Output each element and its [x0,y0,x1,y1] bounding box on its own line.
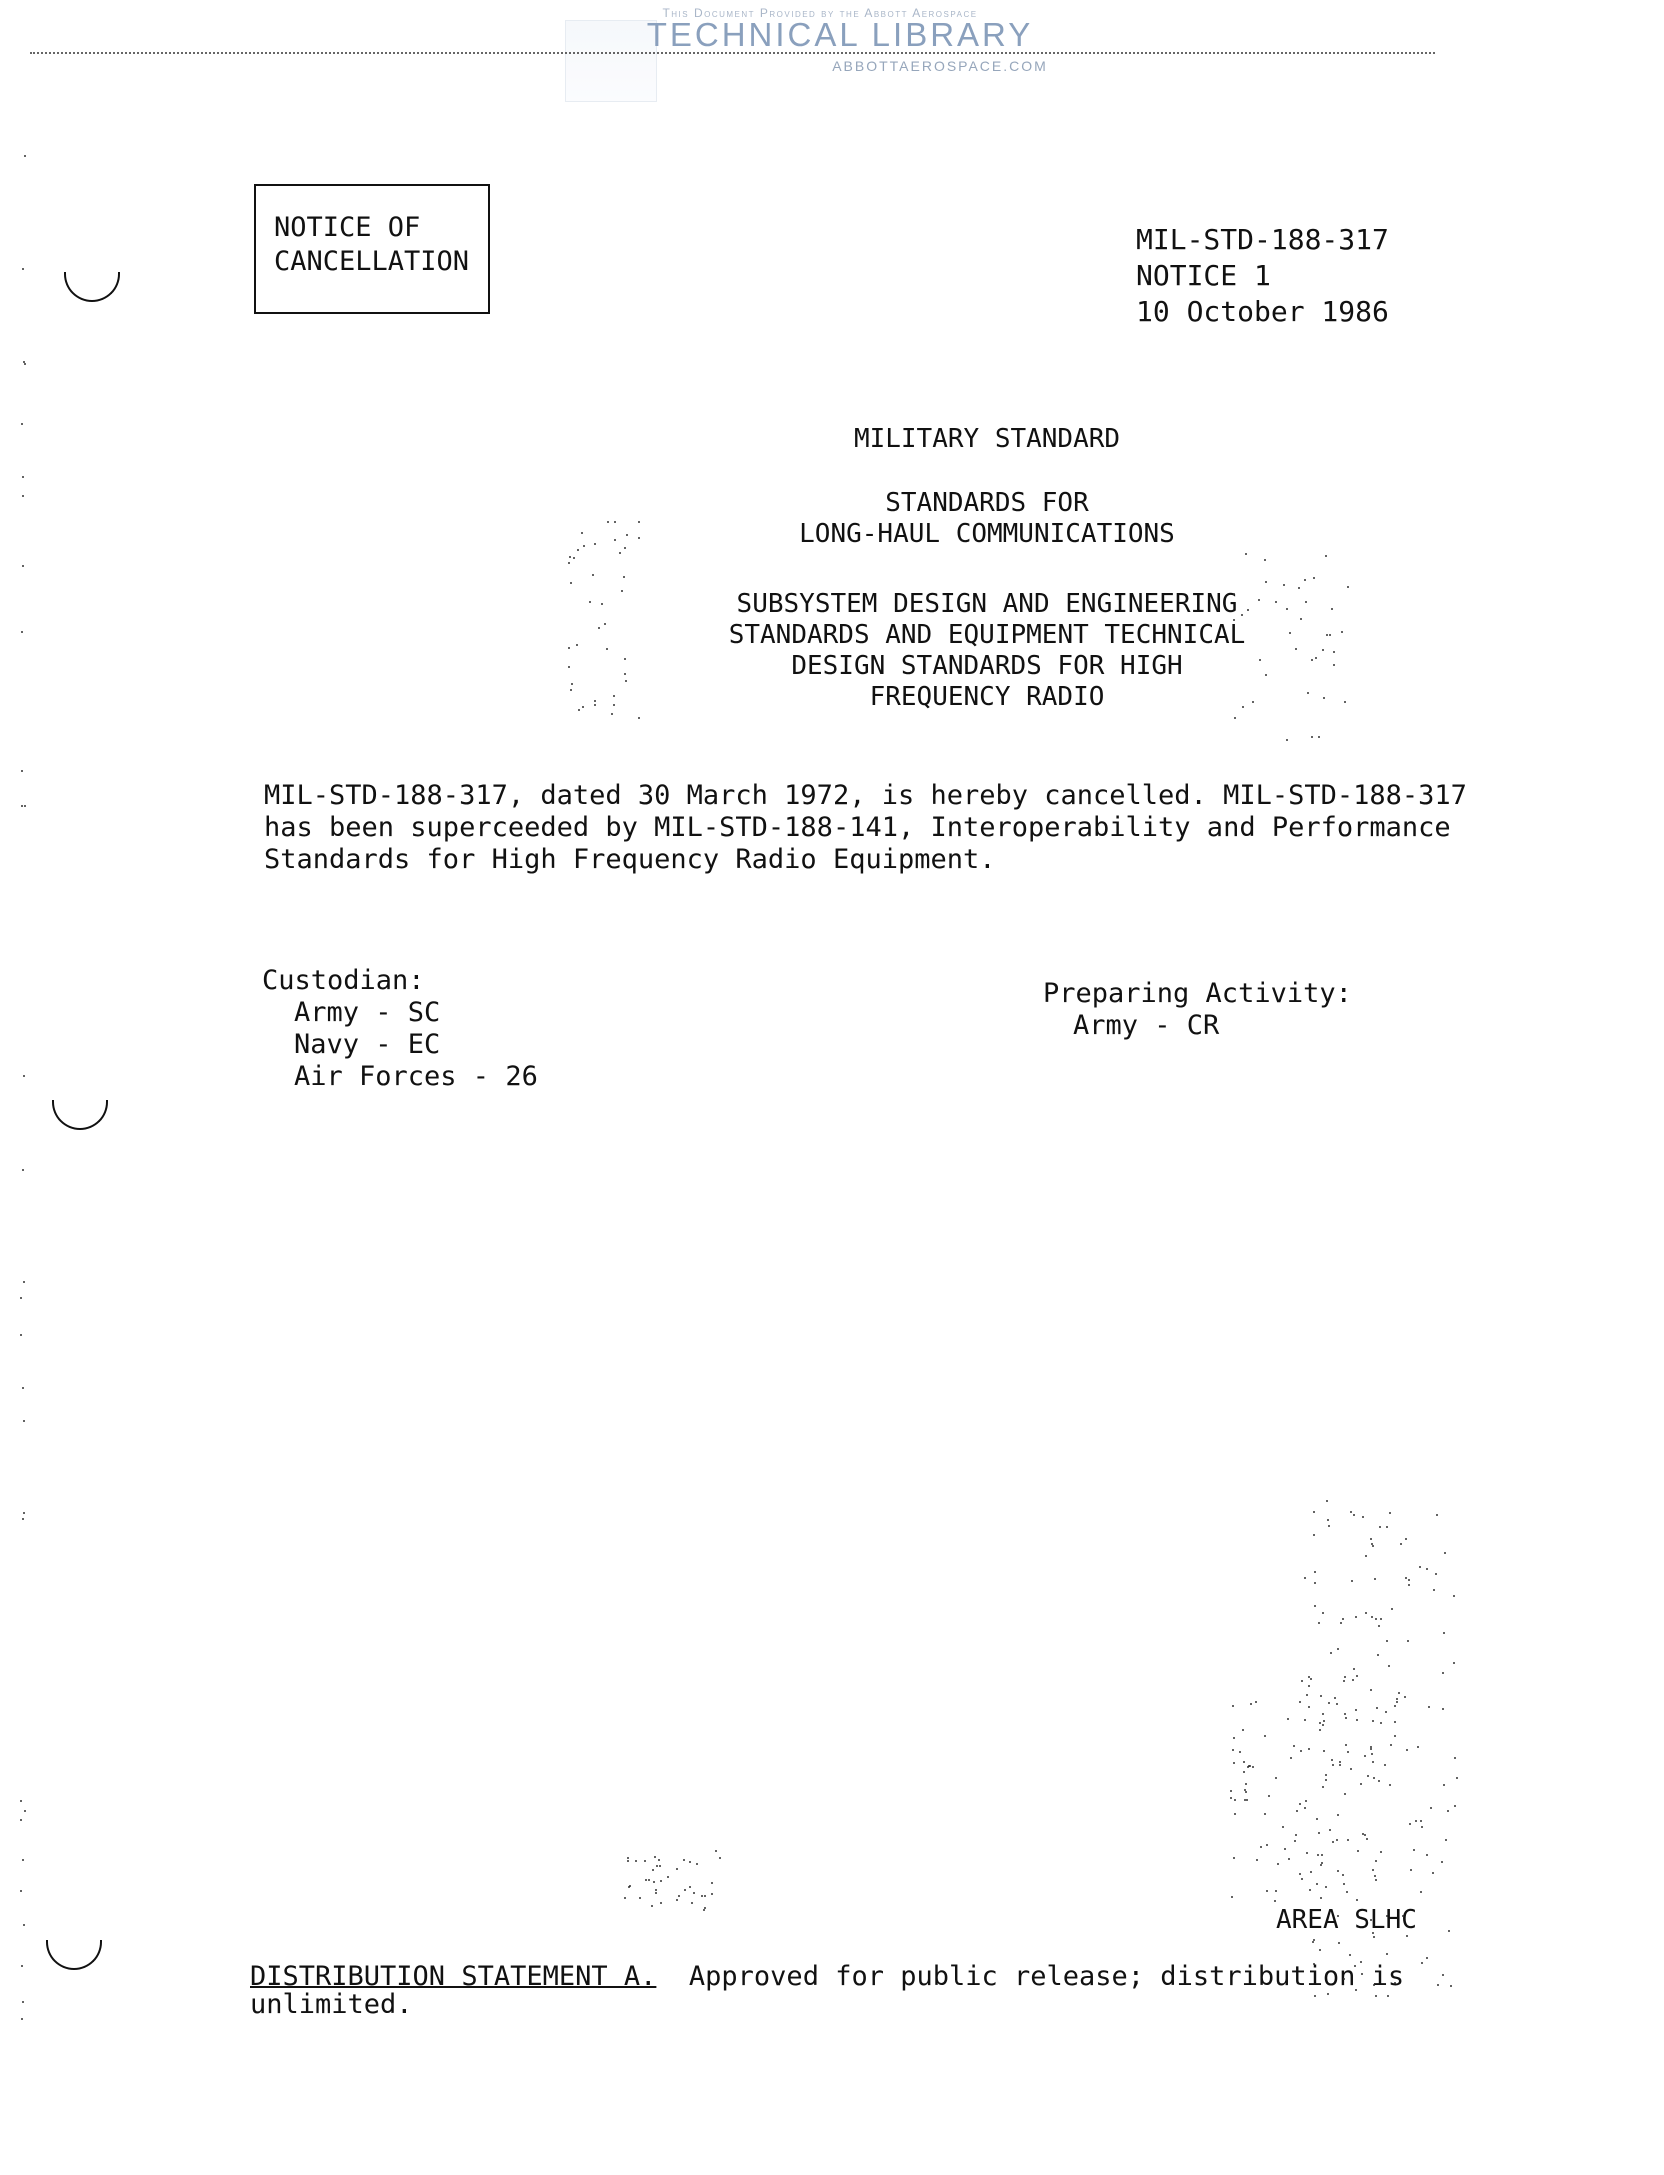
scan-speck [1444,1552,1446,1554]
scan-speck [639,1897,641,1899]
scan-speck [689,1861,691,1863]
scan-speck [655,1892,657,1894]
scan-speck [24,155,26,157]
scan-speck [23,1420,25,1422]
binder-hole-icon [46,1940,102,1970]
scan-speck [569,556,571,558]
doc-number: MIL-STD-188-317 [1136,222,1389,258]
scan-speck [1389,1512,1391,1514]
document-reference: MIL-STD-188-317 NOTICE 1 10 October 1986 [1136,222,1389,330]
scan-speck [667,1876,669,1878]
scan-speck [1435,1573,1437,1575]
scan-speck [1244,1799,1246,1801]
scan-speck [1277,1863,1279,1865]
scan-speck [1408,1584,1410,1586]
scan-speck [1339,1761,1341,1763]
scan-speck [1339,1764,1341,1766]
scan-speck [581,532,583,534]
scan-speck [1282,1826,1284,1828]
scan-speck [1400,1543,1402,1545]
scan-speck [20,1890,22,1892]
preparing-activity-block: Preparing Activity: Army - CR [1043,978,1352,1042]
scan-speck [1308,1748,1310,1750]
scan-speck [1371,1616,1373,1618]
scan-speck [1433,1589,1435,1591]
scan-speck [573,557,575,559]
scan-speck [1243,1761,1245,1763]
scan-speck [660,1902,662,1904]
scan-speck [638,537,640,539]
custodian-item: Air Forces - 26 [262,1061,538,1093]
scan-speck [1245,1791,1247,1793]
scan-speck [701,1895,703,1897]
scan-speck [1313,1511,1315,1513]
scan-speck [1325,1779,1327,1781]
scan-speck [1453,1662,1455,1664]
scan-speck [1326,634,1328,636]
scan-speck [594,543,596,545]
scan-speck [1300,1750,1302,1752]
scan-speck [1367,1775,1369,1777]
scan-speck [611,713,613,715]
scan-speck [1337,1870,1339,1872]
scan-speck [1398,1692,1400,1694]
scan-speck [1373,1936,1375,1938]
document-heading: MILITARY STANDARD [155,424,1664,455]
scan-speck [1426,1568,1428,1570]
scan-speck [1445,1839,1447,1841]
document-description: SUBSYSTEM DESIGN AND ENGINEERING STANDAR… [155,589,1664,713]
scan-speck [1356,1675,1358,1677]
scan-speck [1342,1874,1344,1876]
scan-speck [1275,1890,1277,1892]
scan-speck [1443,1632,1445,1634]
scan-speck [1320,1695,1322,1697]
scan-speck [24,363,26,365]
scan-speck [1326,1500,1328,1502]
scan-speck [1347,586,1349,588]
scan-speck [1372,1761,1374,1763]
scan-speck [1243,1771,1245,1773]
scan-speck [22,268,24,270]
scan-speck [1306,1694,1308,1696]
scan-speck [1329,1829,1331,1831]
scan-speck [22,476,24,478]
scan-speck [1246,1799,1248,1801]
scan-speck [1231,1896,1233,1898]
scan-speck [1311,659,1313,661]
scan-speck [24,805,26,807]
scan-speck [1415,1820,1417,1822]
scan-speck [1337,1648,1339,1650]
scan-speck [1299,1803,1301,1805]
scan-speck [1454,1757,1456,1759]
scan-speck [1351,1580,1353,1582]
scan-speck [1375,1879,1377,1881]
scan-speck [719,1857,721,1859]
scan-speck [693,1892,695,1894]
scan-speck [1232,1705,1234,1707]
scan-speck [601,603,603,605]
scan-speck [635,1860,637,1862]
scan-speck [1353,1668,1355,1670]
scan-speck [1239,1751,1241,1753]
scan-speck [1315,657,1317,659]
scan-speck [1380,1618,1382,1620]
scan-speck [623,576,625,578]
scan-speck [1233,593,1235,595]
scan-speck [684,1889,686,1891]
scan-speck [1375,1618,1377,1620]
scan-speck [1230,1797,1232,1799]
scan-speck [624,673,626,675]
scan-speck [21,1965,23,1967]
scan-speck [1380,1851,1382,1853]
scan-speck [1250,1703,1252,1705]
scan-speck [1233,1762,1235,1764]
scan-speck [1314,1605,1316,1607]
scan-speck [568,562,570,564]
scan-speck [651,1905,653,1907]
scan-speck [1349,1954,1351,1956]
scan-speck [598,627,600,629]
scan-speck [1371,1753,1373,1755]
scan-speck [1313,1534,1315,1536]
scan-speck [1443,1784,1445,1786]
scan-speck [1310,1678,1312,1680]
scan-speck [1336,1839,1338,1841]
scan-speck [20,1334,22,1336]
scan-speck [1314,1571,1316,1573]
scan-speck [660,1880,662,1882]
scan-speck [1421,1962,1423,1964]
custodian-item: Navy - EC [262,1029,538,1061]
scan-speck [1234,1813,1236,1815]
scan-speck [1344,1793,1346,1795]
distribution-text-cont: unlimited. [250,1991,1460,2019]
scan-speck [1264,1813,1266,1815]
scan-speck [570,582,572,584]
scan-speck [652,1869,654,1871]
scan-speck [1377,1654,1379,1656]
scan-speck [1378,1625,1380,1627]
scan-speck [1268,1795,1270,1797]
scan-speck [1316,1883,1318,1885]
scan-speck [1313,577,1315,579]
scan-speck [1242,1729,1244,1731]
scan-speck [624,1897,626,1899]
scan-speck [1356,1899,1358,1901]
scan-speck [1266,1844,1268,1846]
scan-speck [589,601,591,603]
scan-speck [1384,1764,1386,1766]
scan-speck [1233,619,1235,621]
scan-speck [1347,1839,1349,1841]
scan-speck [21,770,23,772]
scan-speck [1340,1622,1342,1624]
scan-speck [1386,1526,1388,1528]
scan-speck [1390,1744,1392,1746]
scan-speck [1245,553,1247,555]
scan-speck [1322,1713,1324,1715]
scan-speck [626,534,628,536]
scan-speck [1322,1612,1324,1614]
scan-speck [1453,1595,1455,1597]
preparing-activity-item: Army - CR [1043,1010,1352,1042]
scan-speck [1320,1864,1322,1866]
scan-speck [1318,1832,1320,1834]
scan-speck [1255,1701,1257,1703]
scan-speck [1295,1834,1297,1836]
scan-speck [1370,1538,1372,1540]
scan-speck [20,1819,22,1821]
distribution-statement: DISTRIBUTION STATEMENT A. Approved for p… [250,1963,1460,2019]
scan-speck [1454,1805,1456,1807]
scan-speck [1372,1720,1374,1722]
scan-speck [1389,1784,1391,1786]
scan-speck [1298,587,1300,589]
scan-speck [1447,1810,1449,1812]
scan-speck [1337,1814,1339,1816]
scan-speck [1417,1746,1419,1748]
scan-speck [1406,1749,1408,1751]
distribution-label: DISTRIBUTION STATEMENT A. [250,1961,656,1992]
scan-speck [1394,1721,1396,1723]
scan-speck [1345,1717,1347,1719]
scan-speck [1305,601,1307,603]
scan-speck [1355,1616,1357,1618]
scan-speck [1242,706,1244,708]
scan-speck [1336,1703,1338,1705]
scan-speck [20,1297,22,1299]
scan-speck [1325,1774,1327,1776]
scan-speck [1325,555,1327,557]
binder-hole-icon [64,272,120,302]
scan-speck [1378,1780,1380,1782]
scan-speck [1322,1724,1324,1726]
scan-speck [1366,1838,1368,1840]
scan-speck [1294,1840,1296,1842]
scan-speck [1373,1777,1375,1779]
scan-speck [1323,1750,1325,1752]
scan-speck [715,1850,717,1852]
custodian-label: Custodian: [262,965,538,997]
scan-speck [1313,1963,1315,1965]
scan-speck [1406,1935,1408,1937]
scan-speck [1345,1744,1347,1746]
scan-speck [1372,1869,1374,1871]
scan-speck [653,1881,655,1883]
notice-of-cancellation-box: NOTICE OF CANCELLATION [254,184,490,314]
scan-speck [1325,1886,1327,1888]
scan-speck [1343,1680,1345,1682]
scan-speck [1293,1745,1295,1747]
scan-speck [1432,1872,1434,1874]
scan-speck [1289,632,1291,634]
scan-speck [696,1863,698,1865]
watermark-url: ABBOTTAEROSPACE.COM [800,58,1080,74]
scan-speck [1405,1538,1407,1540]
notice-date: 10 October 1986 [1136,294,1389,330]
scan-speck [1402,1915,1404,1917]
scan-speck [1301,1680,1303,1682]
scan-speck [1374,1578,1376,1580]
scan-speck [711,1893,713,1895]
scan-speck [23,1281,25,1283]
scan-speck [21,805,23,807]
scan-speck [1283,584,1285,586]
scan-speck [1346,1891,1348,1893]
scan-speck [22,1169,24,1171]
scan-speck [1343,1883,1345,1885]
scan-speck [659,1865,661,1867]
scan-speck [1420,1820,1422,1822]
scan-speck [1332,1841,1334,1843]
scan-speck [1318,1622,1320,1624]
scan-speck [704,1895,706,1897]
binder-hole-icon [52,1100,108,1130]
scan-speck [1304,579,1306,581]
scan-speck [1316,1818,1318,1820]
scan-speck [1334,1697,1336,1699]
scan-speck [1245,1783,1247,1785]
scan-speck [1265,674,1267,676]
description-line: STANDARDS AND EQUIPMENT TECHNICAL [155,620,1664,651]
scan-speck [1410,1869,1412,1871]
scan-speck [1232,1749,1234,1751]
scan-speck [1333,651,1335,653]
scan-speck [1275,1777,1277,1779]
preparing-activity-label: Preparing Activity: [1043,978,1352,1010]
scan-speck [1352,1679,1354,1681]
scan-speck [1264,1735,1266,1737]
scan-speck [592,574,594,576]
scan-speck [1350,1511,1352,1513]
scan-speck [1287,1718,1289,1720]
scan-speck [1322,1786,1324,1788]
scan-speck [619,552,621,554]
description-line: SUBSYSTEM DESIGN AND ENGINEERING [155,589,1664,620]
scan-speck [1265,581,1267,583]
scan-speck [1426,1854,1428,1856]
scan-speck [1321,1862,1323,1864]
scan-speck [1370,1748,1372,1750]
scan-speck [1328,1702,1330,1704]
scan-speck [1317,1854,1319,1856]
scan-speck [23,1924,25,1926]
scan-speck [1290,1757,1292,1759]
scan-speck [1370,1746,1372,1748]
subtitle-line: LONG-HAUL COMMUNICATIONS [155,519,1664,550]
scan-speck [1386,1640,1388,1642]
scan-speck [1430,1807,1432,1809]
scan-speck [676,1899,678,1901]
scan-speck [1299,1873,1301,1875]
scan-speck [1344,1676,1346,1678]
scan-speck [624,547,626,549]
scan-speck [627,1860,629,1862]
scan-speck [704,1907,706,1909]
scan-speck [683,1859,685,1861]
scan-speck [1234,717,1236,719]
scan-speck [20,1800,22,1802]
notice-number: NOTICE 1 [1136,258,1389,294]
scan-speck [1428,1706,1430,1708]
scan-speck [711,1882,713,1884]
scan-speck [1266,1890,1268,1892]
notice-box-line-1: NOTICE OF [274,211,488,245]
scan-speck [1310,1871,1312,1873]
scan-speck [22,2001,24,2003]
custodian-item: Army - SC [262,997,538,1029]
scan-speck [1311,736,1313,738]
scan-speck [644,1860,646,1862]
scan-speck [1396,1698,1398,1700]
scan-speck [1233,1857,1235,1859]
scan-speck [1350,1768,1352,1770]
scan-speck [1306,1852,1308,1854]
scan-speck [1327,1519,1329,1521]
scan-speck [1407,1640,1409,1642]
watermark-technical-library: TECHNICAL LIBRARY [600,16,1080,54]
scan-speck [1305,1800,1307,1802]
scan-speck [613,695,615,697]
scan-speck [656,1865,658,1867]
scan-speck [1331,1759,1333,1761]
scan-speck [1314,1582,1316,1584]
scan-speck [689,1886,691,1888]
scan-speck [21,423,23,425]
scan-speck [1309,1889,1311,1891]
scan-speck [21,2018,23,2020]
scan-speck [570,689,572,691]
scan-speck [1256,1859,1258,1861]
scan-speck [1362,1516,1364,1518]
scan-speck [1372,1545,1374,1547]
scan-speck [1304,1807,1306,1809]
scan-speck [21,631,23,633]
scan-speck [1259,659,1261,661]
scan-speck [1371,1543,1373,1545]
scan-speck [1394,1705,1396,1707]
scan-speck [1442,1672,1444,1674]
scan-speck [1332,1764,1334,1766]
scan-speck [658,1859,660,1861]
scan-speck [1374,1875,1376,1877]
subtitle-line: STANDARDS FOR [155,488,1664,519]
cancellation-paragraph: MIL-STD-188-317, dated 30 March 1972, is… [264,780,1524,876]
scan-speck [614,521,616,523]
scan-speck [1264,559,1266,561]
scan-speck [22,1387,24,1389]
scan-speck [1448,1930,1450,1932]
scan-speck [1347,1751,1349,1753]
scan-speck [1319,1729,1321,1731]
scan-speck [1328,1525,1330,1527]
scan-speck [648,1879,650,1881]
scan-speck [1376,1707,1378,1709]
scan-speck [1413,1849,1415,1851]
scan-speck [1234,1799,1236,1801]
document-subtitle: STANDARDS FOR LONG-HAUL COMMUNICATIONS [155,488,1664,550]
scan-speck [1338,1942,1340,1944]
scan-speck [1321,1854,1323,1856]
scan-speck [1394,1735,1396,1737]
scan-speck [1372,1932,1374,1934]
scan-speck [1301,1878,1303,1880]
scan-speck [676,1868,678,1870]
scan-speck [1274,1900,1276,1902]
